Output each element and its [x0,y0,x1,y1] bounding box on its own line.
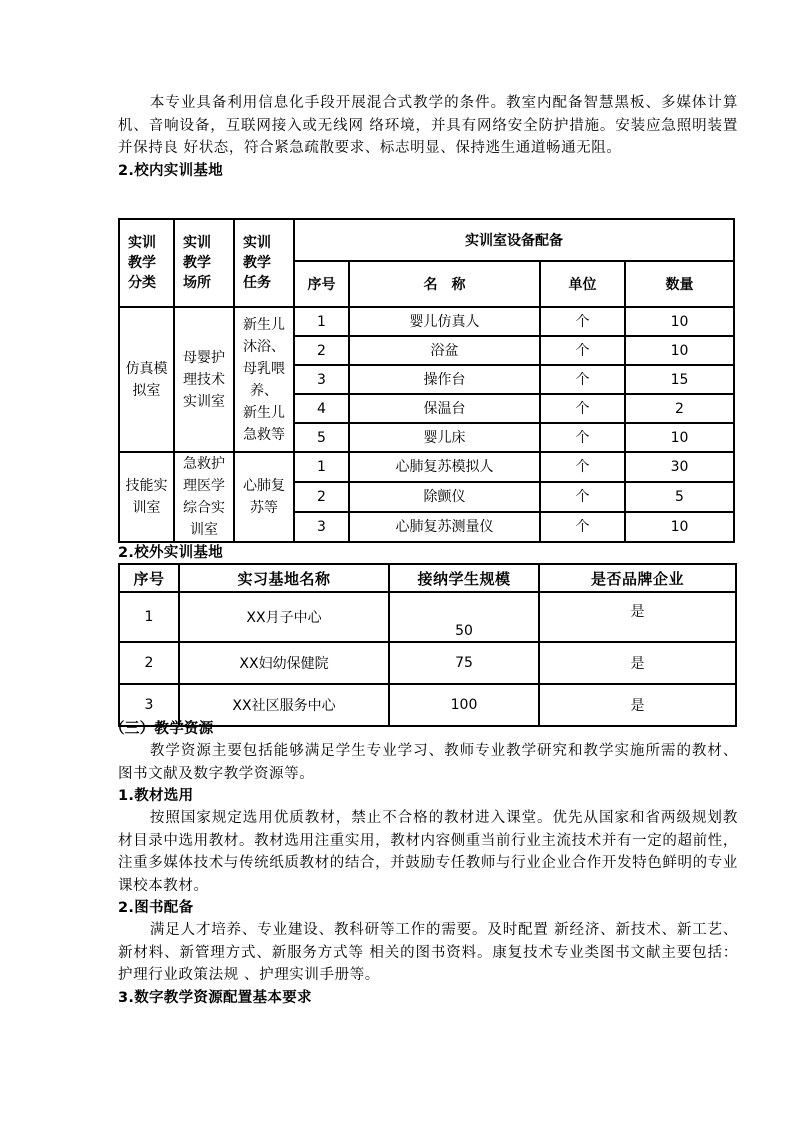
header-category: 实训 教学 分类 [119,219,174,307]
cell-quantity: 10 [625,512,734,542]
intro-paragraph: 本专业具备利用信息化手段开展混合式教学的条件。教室内配备智慧黑板、多媒体计算机、… [118,92,738,160]
cell-name: 心肺复苏测量仪 [349,512,540,542]
section-offcampus-heading: 2.校外实训基地 [118,542,223,564]
header-equipment-group: 实训室设备配备 [294,219,734,261]
cell-unit: 个 [540,423,625,452]
header-unit: 单位 [540,261,625,307]
cell-unit: 个 [540,336,625,365]
cell-index: 1 [294,307,349,336]
textbook-paragraph: 按照国家规定选用优质教材，禁止不合格的教材进入课堂。优先从国家和省两级规划教材目… [118,807,738,897]
header-index: 序号 [294,261,349,307]
cell-venue: 母婴护理技术实训室 [174,307,234,452]
cell-index: 3 [294,512,349,542]
cell-brand: 是 [539,642,736,684]
intro-block: 本专业具备利用信息化手段开展混合式教学的条件。教室内配备智慧黑板、多媒体计算机、… [118,92,738,182]
cell-index: 1 [119,592,179,642]
cell-name: 浴盆 [349,336,540,365]
books-heading: 2.图书配备 [118,897,738,919]
cell-capacity: 75 [389,642,539,684]
table-row: 仿真模拟室 母婴护理技术实训室 新生儿沐浴、母乳喂养、新生儿急救等 1 婴儿仿真… [119,307,734,336]
cell-index: 5 [294,423,349,452]
cell-name: 保温台 [349,394,540,423]
cell-venue: 急救护理医学综合实训室 [174,452,234,542]
cell-index: 3 [294,365,349,394]
header-brand: 是否品牌企业 [539,564,736,592]
digital-resources-heading: 3.数字教学资源配置基本要求 [118,987,738,1009]
cell-unit: 个 [540,365,625,394]
cell-quantity: 5 [625,482,734,512]
books-paragraph: 满足人才培养、专业建设、教科研等工作的需要。及时配置 新经济、新技术、新工艺、新… [118,919,738,987]
cell-quantity: 10 [625,423,734,452]
cell-quantity: 10 [625,307,734,336]
resources-intro: 教学资源主要包括能够满足学生专业学习、教师专业教学研究和教学实施所需的教材、图书… [118,740,738,785]
cell-quantity: 15 [625,365,734,394]
cell-index: 2 [119,642,179,684]
cell-base-name: XX妇幼保健院 [179,642,389,684]
oncampus-training-table: 实训 教学 分类 实训 教学 场所 实训 教学 任务 实训室设备配备 序号 名 … [118,218,735,543]
header-task: 实训 教学 任务 [234,219,294,307]
cell-category: 技能实训室 [119,452,174,542]
cell-brand: 是 [539,592,736,642]
cell-name: 心肺复苏模拟人 [349,452,540,482]
cell-quantity: 30 [625,452,734,482]
cell-unit: 个 [540,452,625,482]
header-quantity: 数量 [625,261,734,307]
cell-unit: 个 [540,512,625,542]
cell-category: 仿真模拟室 [119,307,174,452]
resources-section: （三）教学资源 教学资源主要包括能够满足学生专业学习、教师专业教学研究和教学实施… [118,718,738,1009]
cell-name: 除颤仪 [349,482,540,512]
cell-name: 婴儿床 [349,423,540,452]
textbook-heading: 1.教材选用 [118,785,738,807]
resources-heading: （三）教学资源 [110,718,738,740]
header-name: 名 称 [349,261,540,307]
cell-task: 心肺复苏等 [234,452,294,542]
cell-index: 2 [294,336,349,365]
cell-quantity: 10 [625,336,734,365]
cell-quantity: 2 [625,394,734,423]
header-index: 序号 [119,564,179,592]
cell-index: 4 [294,394,349,423]
cell-unit: 个 [540,307,625,336]
cell-index: 2 [294,482,349,512]
cell-name: 操作台 [349,365,540,394]
cell-task: 新生儿沐浴、母乳喂养、新生儿急救等 [234,307,294,452]
cell-unit: 个 [540,394,625,423]
table-row: 技能实训室 急救护理医学综合实训室 心肺复苏等 1 心肺复苏模拟人 个 30 [119,452,734,482]
table-row: 1 XX月子中心 50 是 [119,592,736,642]
cell-base-name: XX月子中心 [179,592,389,642]
cell-capacity: 50 [389,592,539,642]
table-row: 2 XX妇幼保健院 75 是 [119,642,736,684]
section-oncampus-heading: 2.校内实训基地 [118,160,738,182]
cell-name: 婴儿仿真人 [349,307,540,336]
cell-unit: 个 [540,482,625,512]
header-venue: 实训 教学 场所 [174,219,234,307]
offcampus-training-table: 序号 实习基地名称 接纳学生规模 是否品牌企业 1 XX月子中心 50 是 2 … [118,563,737,727]
cell-index: 1 [294,452,349,482]
header-base-name: 实习基地名称 [179,564,389,592]
header-capacity: 接纳学生规模 [389,564,539,592]
